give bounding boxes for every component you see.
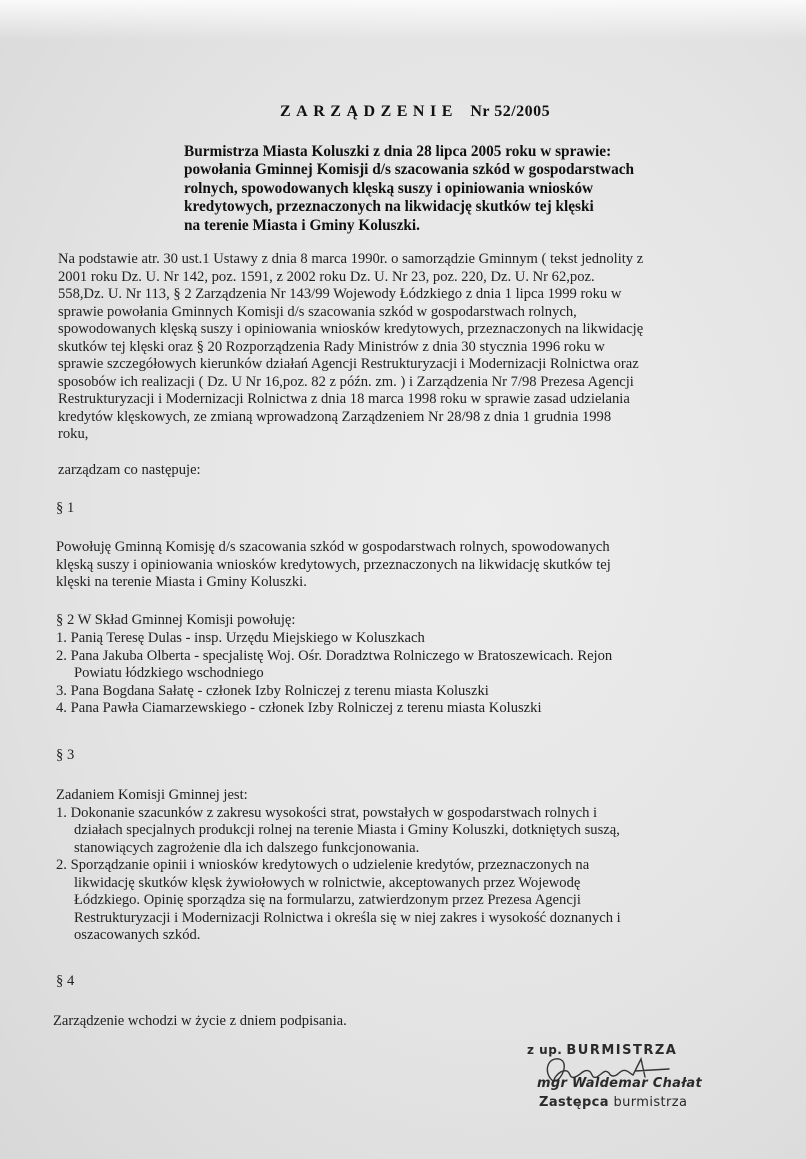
title-word: ZARZĄDZENIE [280, 103, 458, 120]
legal-line: roku, [58, 426, 643, 444]
section-4-sign: § 4 [56, 973, 74, 990]
section-2-heading: § 2 W Skład Gminnej Komisji powołuję: [56, 612, 295, 630]
title-number: Nr 52/2005 [470, 103, 550, 120]
section-3-sign: § 3 [56, 747, 74, 764]
signature-stamp: z up.BURMISTRZA mgr Waldemar Chałat Zast… [527, 1043, 677, 1058]
member-list: 1. Panią Teresę Dulas - insp. Urzędu Mie… [56, 630, 612, 718]
legal-line: Na podstawie atr. 30 ust.1 Ustawy z dnia… [58, 251, 643, 269]
list-number: 3. [56, 683, 67, 699]
signatory-role: Zastępca burmistrza [539, 1095, 687, 1110]
task-text-continued: oszacowanych szkód. [56, 927, 621, 945]
document-title: ZARZĄDZENIE Nr 52/2005 [280, 103, 550, 121]
subject-line: Burmistrza Miasta Koluszki z dnia 28 lip… [184, 143, 744, 161]
section-3-text: Zadaniem Komisji Gminnej jest: 1. Dokona… [56, 787, 621, 945]
list-number: 1. [56, 805, 67, 821]
legal-basis: Na podstawie atr. 30 ust.1 Ustawy z dnia… [58, 251, 643, 444]
task-text-continued: stanowiących zagrożenie dla ich dalszego… [56, 840, 621, 858]
task-text: Dokonanie szacunków z zakresu wysokości … [71, 805, 597, 821]
legal-line: 2001 roku Dz. U. Nr 142, poz. 1591, z 20… [58, 269, 643, 287]
signatory-name: mgr Waldemar Chałat [537, 1076, 702, 1091]
legal-line: 558,Dz. U. Nr 113, § 2 Zarządzenia Nr 14… [58, 286, 643, 304]
member-text: Pana Pawła Ciamarzewskiego - członek Izb… [71, 700, 542, 716]
legal-line: sprawie szczegółowych kierunków działań … [58, 356, 643, 374]
decree-phrase: zarządzam co następuje: [58, 462, 201, 480]
legal-line: spowodowanych klęską suszy i opiniowania… [58, 321, 643, 339]
section-3-intro: Zadaniem Komisji Gminnej jest: [56, 787, 621, 805]
task-item: 1. Dokonanie szacunków z zakresu wysokoś… [56, 805, 621, 823]
list-number: 4. [56, 700, 67, 716]
task-text-continued: działach specjalnych produkcji rolnej na… [56, 822, 621, 840]
member-item: 2. Pana Jakuba Olberta - specjalistę Woj… [56, 648, 612, 666]
task-item: 2. Sporządzanie opinii i wniosków kredyt… [56, 857, 621, 875]
section-4-text: Zarządzenie wchodzi w życie z dniem podp… [53, 1013, 347, 1031]
section-1-text: Powołuję Gminną Komisję d/s szacowania s… [56, 539, 611, 592]
document-subject: Burmistrza Miasta Koluszki z dnia 28 lip… [184, 143, 744, 235]
member-item: 1. Panią Teresę Dulas - insp. Urzędu Mie… [56, 630, 612, 648]
role-rest: burmistrza [614, 1095, 688, 1110]
subject-line: na terenie Miasta i Gminy Koluszki. [184, 217, 744, 235]
list-number: 2. [56, 648, 67, 664]
subject-line: kredytowych, przeznaczonych na likwidacj… [184, 198, 744, 216]
legal-line: Restrukturyzacji i Modernizacji Rolnictw… [58, 391, 643, 409]
subject-line: powołania Gminnej Komisji d/s szacowania… [184, 161, 744, 179]
section-1-sign: § 1 [56, 500, 74, 517]
legal-line: sprawie powołania Gminnych Komisji d/s s… [58, 304, 643, 322]
list-number: 1. [56, 630, 67, 646]
legal-line: skutków tej klęski oraz § 20 Rozporządze… [58, 339, 643, 357]
subject-line: rolnych, spowodowanych klęską suszy i op… [184, 180, 744, 198]
member-item: 3. Pana Bogdana Sałatę - członek Izby Ro… [56, 683, 612, 701]
task-text-continued: Łódzkiego. Opinię sporządza się na formu… [56, 892, 621, 910]
member-text-continued: Powiatu łódzkiego wschodniego [56, 665, 612, 683]
scan-glare [0, 0, 806, 40]
section-1-line: klęską suszy i opiniowania wniosków kred… [56, 557, 611, 575]
task-text: Sporządzanie opinii i wniosków kredytowy… [71, 857, 590, 873]
member-text: Pana Jakuba Olberta - specjalistę Woj. O… [71, 648, 613, 664]
legal-line: sposobów ich realizacji ( Dz. U Nr 16,po… [58, 374, 643, 392]
section-1-line: klęski na terenie Miasta i Gminy Koluszk… [56, 574, 611, 592]
section-1-line: Powołuję Gminną Komisję d/s szacowania s… [56, 539, 611, 557]
legal-line: kredytów klęskowych, ze zmianą wprowadzo… [58, 409, 643, 427]
member-text: Pana Bogdana Sałatę - członek Izby Rolni… [71, 683, 489, 699]
member-text: Panią Teresę Dulas - insp. Urzędu Miejsk… [71, 630, 425, 646]
task-text-continued: Restrukturyzacji i Modernizacji Rolnictw… [56, 910, 621, 928]
member-item: 4. Pana Pawła Ciamarzewskiego - członek … [56, 700, 612, 718]
task-text-continued: likwidację skutków klęsk żywiołowych w r… [56, 875, 621, 893]
list-number: 2. [56, 857, 67, 873]
role-bold: Zastępca [539, 1095, 609, 1110]
